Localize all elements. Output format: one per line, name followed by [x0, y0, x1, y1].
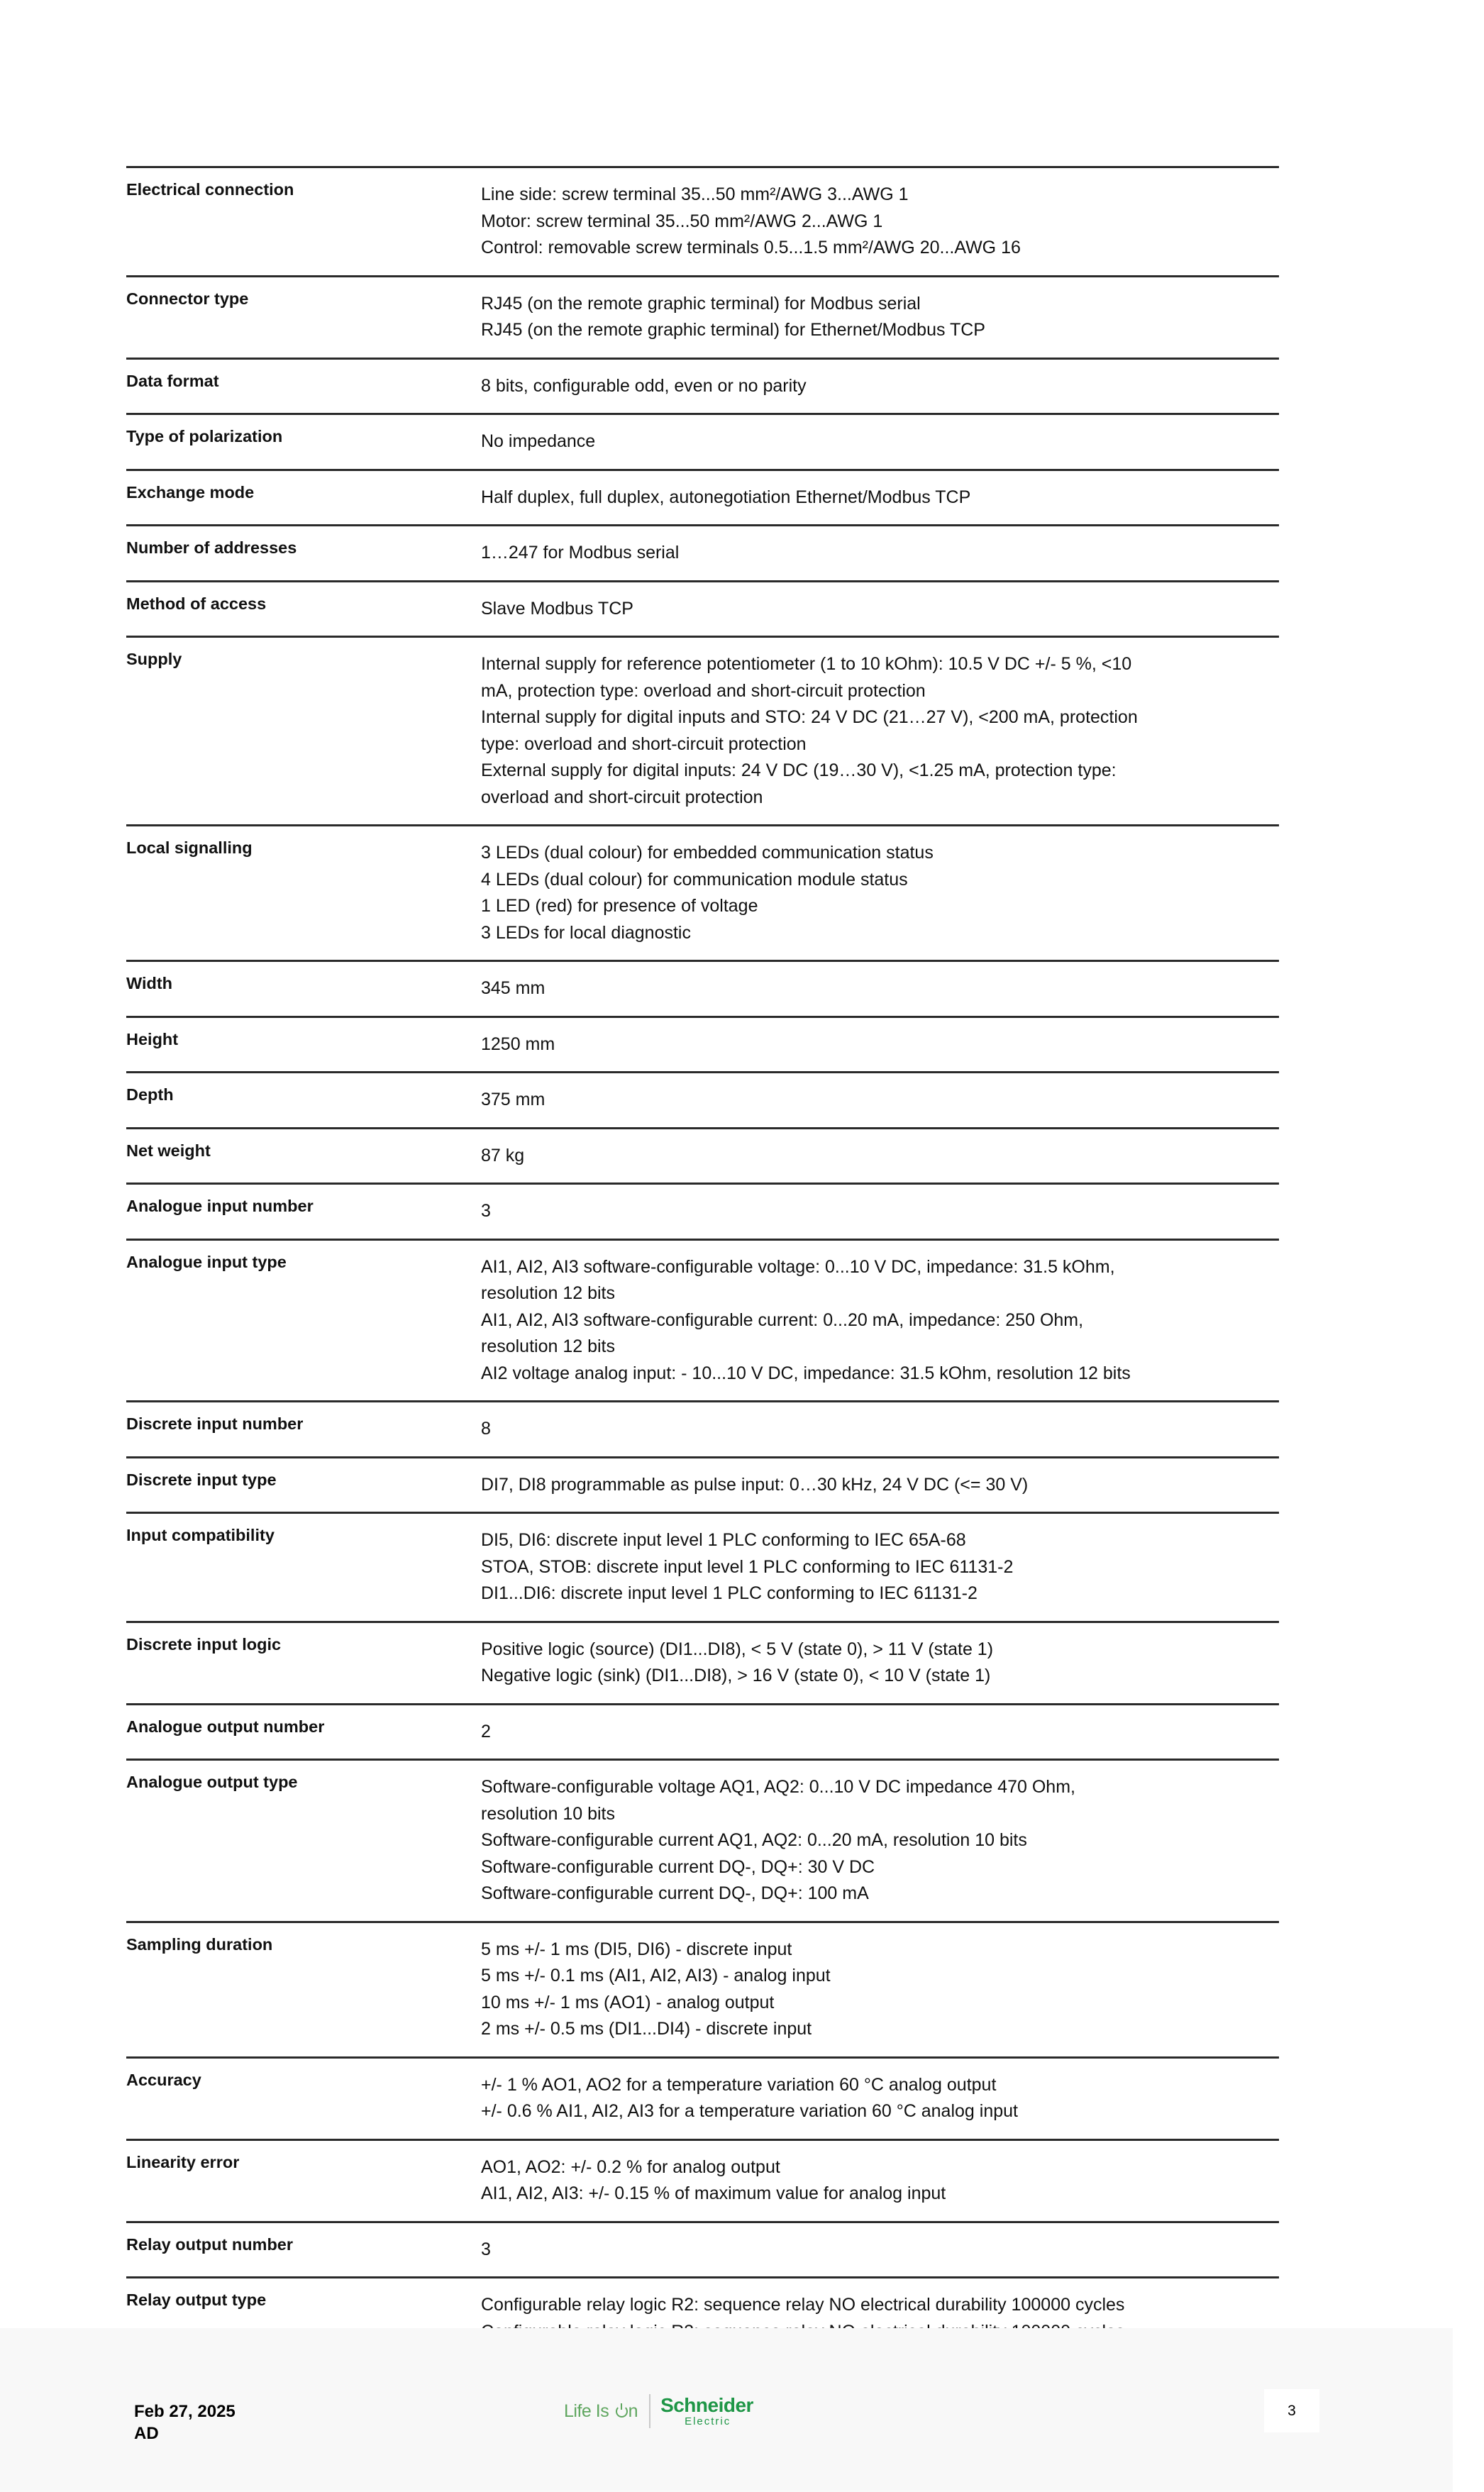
- spec-row: Net weight 87 kg: [126, 1127, 1279, 1183]
- spec-value-line: 87 kg: [481, 1143, 1279, 1170]
- spec-value-line: mA, protection type: overload and short-…: [481, 678, 1279, 705]
- spec-value-line: 375 mm: [481, 1087, 1279, 1114]
- spec-value-line: 8 bits, configurable odd, even or no par…: [481, 373, 1279, 400]
- spec-value-line: 8: [481, 1416, 1279, 1443]
- spec-row: Sampling duration 5 ms +/- 1 ms (DI5, DI…: [126, 1921, 1279, 2056]
- spec-value-line: 2 ms +/- 0.5 ms (DI1...DI4) - discrete i…: [481, 2016, 1279, 2043]
- spec-label: Type of polarization: [126, 426, 481, 455]
- spec-values: 8: [481, 1413, 1279, 1443]
- spec-values: AI1, AI2, AI3 software-configurable volt…: [481, 1251, 1279, 1388]
- spec-values: Half duplex, full duplex, autonegotiatio…: [481, 482, 1279, 511]
- spec-label: Depth: [126, 1084, 481, 1114]
- spec-row: Number of addresses 1…247 for Modbus ser…: [126, 524, 1279, 580]
- brand-subname: Electric: [685, 2416, 753, 2427]
- tagline-text-before: Life Is: [564, 2401, 614, 2422]
- page-footer: Feb 27, 2025 AD Life Is n Schneider Elec…: [0, 2328, 1453, 2492]
- spec-row: Accuracy +/- 1 % AO1, AO2 for a temperat…: [126, 2056, 1279, 2139]
- spec-value-line: 5 ms +/- 1 ms (DI5, DI6) - discrete inpu…: [481, 1937, 1279, 1964]
- spec-value-line: 1250 mm: [481, 1031, 1279, 1058]
- spec-value-line: resolution 12 bits: [481, 1280, 1279, 1307]
- spec-value-line: 3: [481, 2237, 1279, 2264]
- spec-value-line: AI1, AI2, AI3: +/- 0.15 % of maximum val…: [481, 2181, 1279, 2208]
- logo-divider: [649, 2394, 650, 2428]
- spec-values: 375 mm: [481, 1084, 1279, 1114]
- spec-value-line: 1…247 for Modbus serial: [481, 540, 1279, 567]
- page-number: 3: [1264, 2389, 1319, 2432]
- spec-value-line: 4 LEDs (dual colour) for communication m…: [481, 867, 1279, 894]
- spec-value-line: RJ45 (on the remote graphic terminal) fo…: [481, 317, 1279, 344]
- spec-value-line: Half duplex, full duplex, autonegotiatio…: [481, 484, 1279, 511]
- spec-value-line: DI5, DI6: discrete input level 1 PLC con…: [481, 1527, 1279, 1554]
- spec-values: Positive logic (source) (DI1...DI8), < 5…: [481, 1634, 1279, 1690]
- power-icon: [616, 2405, 628, 2418]
- spec-row: Local signalling 3 LEDs (dual colour) fo…: [126, 824, 1279, 960]
- spec-value-line: Software-configurable current DQ-, DQ+: …: [481, 1881, 1279, 1907]
- spec-row: Type of polarization No impedance: [126, 413, 1279, 469]
- spec-row: Discrete input type DI7, DI8 programmabl…: [126, 1456, 1279, 1512]
- spec-label: Sampling duration: [126, 1934, 481, 2043]
- spec-value-line: Slave Modbus TCP: [481, 596, 1279, 623]
- spec-value-line: 5 ms +/- 0.1 ms (AI1, AI2, AI3) - analog…: [481, 1963, 1279, 1990]
- spec-row: Depth 375 mm: [126, 1071, 1279, 1127]
- spec-values: DI5, DI6: discrete input level 1 PLC con…: [481, 1524, 1279, 1607]
- spec-value-line: Line side: screw terminal 35...50 mm²/AW…: [481, 182, 1279, 209]
- spec-values: 345 mm: [481, 973, 1279, 1002]
- spec-row: Analogue output number 2: [126, 1703, 1279, 1759]
- footer-date: Feb 27, 2025: [134, 2400, 236, 2422]
- spec-value-line: AI1, AI2, AI3 software-configurable volt…: [481, 1254, 1279, 1281]
- spec-label: Discrete input number: [126, 1413, 481, 1443]
- spec-label: Supply: [126, 648, 481, 811]
- spec-value-line: 2: [481, 1719, 1279, 1746]
- spec-values: 87 kg: [481, 1140, 1279, 1170]
- spec-row: Linearity error AO1, AO2: +/- 0.2 % for …: [126, 2139, 1279, 2221]
- spec-label: Height: [126, 1029, 481, 1058]
- spec-value-line: Negative logic (sink) (DI1...DI8), > 16 …: [481, 1663, 1279, 1690]
- spec-values: 2: [481, 1716, 1279, 1746]
- spec-row: Exchange mode Half duplex, full duplex, …: [126, 469, 1279, 525]
- spec-row: Supply Internal supply for reference pot…: [126, 636, 1279, 824]
- tagline-text-after: n: [629, 2401, 638, 2422]
- spec-values: DI7, DI8 programmable as pulse input: 0……: [481, 1469, 1279, 1499]
- spec-label: Number of addresses: [126, 537, 481, 567]
- spec-label: Electrical connection: [126, 179, 481, 262]
- spec-values: Slave Modbus TCP: [481, 593, 1279, 623]
- spec-values: 5 ms +/- 1 ms (DI5, DI6) - discrete inpu…: [481, 1934, 1279, 2043]
- spec-row: Width 345 mm: [126, 960, 1279, 1016]
- specifications-table: Electrical connection Line side: screw t…: [126, 166, 1279, 2386]
- spec-value-line: Control: removable screw terminals 0.5..…: [481, 235, 1279, 262]
- spec-value-line: Configurable relay logic R2: sequence re…: [481, 2292, 1279, 2319]
- spec-label: Width: [126, 973, 481, 1002]
- spec-values: Software-configurable voltage AQ1, AQ2: …: [481, 1771, 1279, 1907]
- spec-values: 3: [481, 1195, 1279, 1225]
- spec-label: Method of access: [126, 593, 481, 623]
- spec-label: Relay output number: [126, 2234, 481, 2264]
- spec-values: 1250 mm: [481, 1029, 1279, 1058]
- spec-value-line: DI7, DI8 programmable as pulse input: 0……: [481, 1472, 1279, 1499]
- spec-label: Data format: [126, 370, 481, 400]
- spec-row: Input compatibility DI5, DI6: discrete i…: [126, 1512, 1279, 1621]
- spec-value-line: Software-configurable voltage AQ1, AQ2: …: [481, 1774, 1279, 1801]
- spec-row: Analogue output type Software-configurab…: [126, 1759, 1279, 1921]
- spec-row: Electrical connection Line side: screw t…: [126, 166, 1279, 275]
- spec-value-line: type: overload and short-circuit protect…: [481, 731, 1279, 758]
- brand-wordmark: Schneider Electric: [660, 2396, 753, 2427]
- spec-values: 1…247 for Modbus serial: [481, 537, 1279, 567]
- spec-values: No impedance: [481, 426, 1279, 455]
- spec-value-line: External supply for digital inputs: 24 V…: [481, 758, 1279, 785]
- spec-value-line: +/- 1 % AO1, AO2 for a temperature varia…: [481, 2072, 1279, 2099]
- spec-value-line: 1 LED (red) for presence of voltage: [481, 893, 1279, 920]
- spec-row: Relay output number 3: [126, 2221, 1279, 2277]
- spec-value-line: Motor: screw terminal 35...50 mm²/AWG 2.…: [481, 209, 1279, 236]
- life-is-on-tagline: Life Is n: [564, 2401, 638, 2422]
- spec-values: 8 bits, configurable odd, even or no par…: [481, 370, 1279, 400]
- spec-label: Discrete input logic: [126, 1634, 481, 1690]
- spec-row: Connector type RJ45 (on the remote graph…: [126, 275, 1279, 358]
- spec-label: Input compatibility: [126, 1524, 481, 1607]
- spec-value-line: Software-configurable current AQ1, AQ2: …: [481, 1827, 1279, 1854]
- spec-label: Exchange mode: [126, 482, 481, 511]
- spec-label: Linearity error: [126, 2152, 481, 2208]
- spec-values: +/- 1 % AO1, AO2 for a temperature varia…: [481, 2069, 1279, 2125]
- spec-label: Analogue output type: [126, 1771, 481, 1907]
- spec-value-line: 345 mm: [481, 975, 1279, 1002]
- spec-values: Line side: screw terminal 35...50 mm²/AW…: [481, 179, 1279, 262]
- spec-value-line: Software-configurable current DQ-, DQ+: …: [481, 1854, 1279, 1881]
- brand-name: Schneider: [660, 2396, 753, 2415]
- spec-label: Analogue input type: [126, 1251, 481, 1388]
- spec-row: Analogue input number 3: [126, 1183, 1279, 1239]
- spec-label: Discrete input type: [126, 1469, 481, 1499]
- spec-label: Connector type: [126, 288, 481, 344]
- spec-values: 3: [481, 2234, 1279, 2264]
- footer-date-block: Feb 27, 2025 AD: [134, 2400, 236, 2444]
- spec-value-line: resolution 12 bits: [481, 1334, 1279, 1361]
- spec-value-line: STOA, STOB: discrete input level 1 PLC c…: [481, 1554, 1279, 1581]
- spec-value-line: overload and short-circuit protection: [481, 785, 1279, 812]
- spec-label: Analogue output number: [126, 1716, 481, 1746]
- spec-value-line: 3 LEDs for local diagnostic: [481, 920, 1279, 947]
- spec-value-line: +/- 0.6 % AI1, AI2, AI3 for a temperatur…: [481, 2098, 1279, 2125]
- spec-value-line: 3: [481, 1198, 1279, 1225]
- schneider-electric-logo: Life Is n Schneider Electric: [564, 2394, 753, 2428]
- spec-label: Analogue input number: [126, 1195, 481, 1225]
- spec-row: Discrete input logic Positive logic (sou…: [126, 1621, 1279, 1703]
- spec-values: 3 LEDs (dual colour) for embedded commun…: [481, 837, 1279, 946]
- spec-value-line: resolution 10 bits: [481, 1801, 1279, 1828]
- spec-label: Net weight: [126, 1140, 481, 1170]
- spec-value-line: No impedance: [481, 428, 1279, 455]
- page-number-text: 3: [1288, 2403, 1296, 2420]
- spec-row: Data format 8 bits, configurable odd, ev…: [126, 358, 1279, 414]
- spec-row: Analogue input type AI1, AI2, AI3 softwa…: [126, 1239, 1279, 1401]
- spec-value-line: AO1, AO2: +/- 0.2 % for analog output: [481, 2154, 1279, 2181]
- spec-value-line: Positive logic (source) (DI1...DI8), < 5…: [481, 1637, 1279, 1663]
- spec-value-line: Internal supply for reference potentiome…: [481, 651, 1279, 678]
- spec-values: RJ45 (on the remote graphic terminal) fo…: [481, 288, 1279, 344]
- spec-value-line: AI1, AI2, AI3 software-configurable curr…: [481, 1307, 1279, 1334]
- spec-value-line: 3 LEDs (dual colour) for embedded commun…: [481, 840, 1279, 867]
- spec-value-line: RJ45 (on the remote graphic terminal) fo…: [481, 291, 1279, 318]
- spec-value-line: 10 ms +/- 1 ms (AO1) - analog output: [481, 1990, 1279, 2017]
- spec-value-line: AI2 voltage analog input: - 10...10 V DC…: [481, 1361, 1279, 1388]
- spec-label: Local signalling: [126, 837, 481, 946]
- footer-era: AD: [134, 2422, 236, 2444]
- spec-row: Method of access Slave Modbus TCP: [126, 580, 1279, 636]
- spec-values: Internal supply for reference potentiome…: [481, 648, 1279, 811]
- spec-value-line: DI1...DI6: discrete input level 1 PLC co…: [481, 1580, 1279, 1607]
- spec-value-line: Internal supply for digital inputs and S…: [481, 704, 1279, 731]
- spec-row: Height 1250 mm: [126, 1016, 1279, 1072]
- spec-values: AO1, AO2: +/- 0.2 % for analog outputAI1…: [481, 2152, 1279, 2208]
- spec-row: Discrete input number 8: [126, 1400, 1279, 1456]
- spec-label: Accuracy: [126, 2069, 481, 2125]
